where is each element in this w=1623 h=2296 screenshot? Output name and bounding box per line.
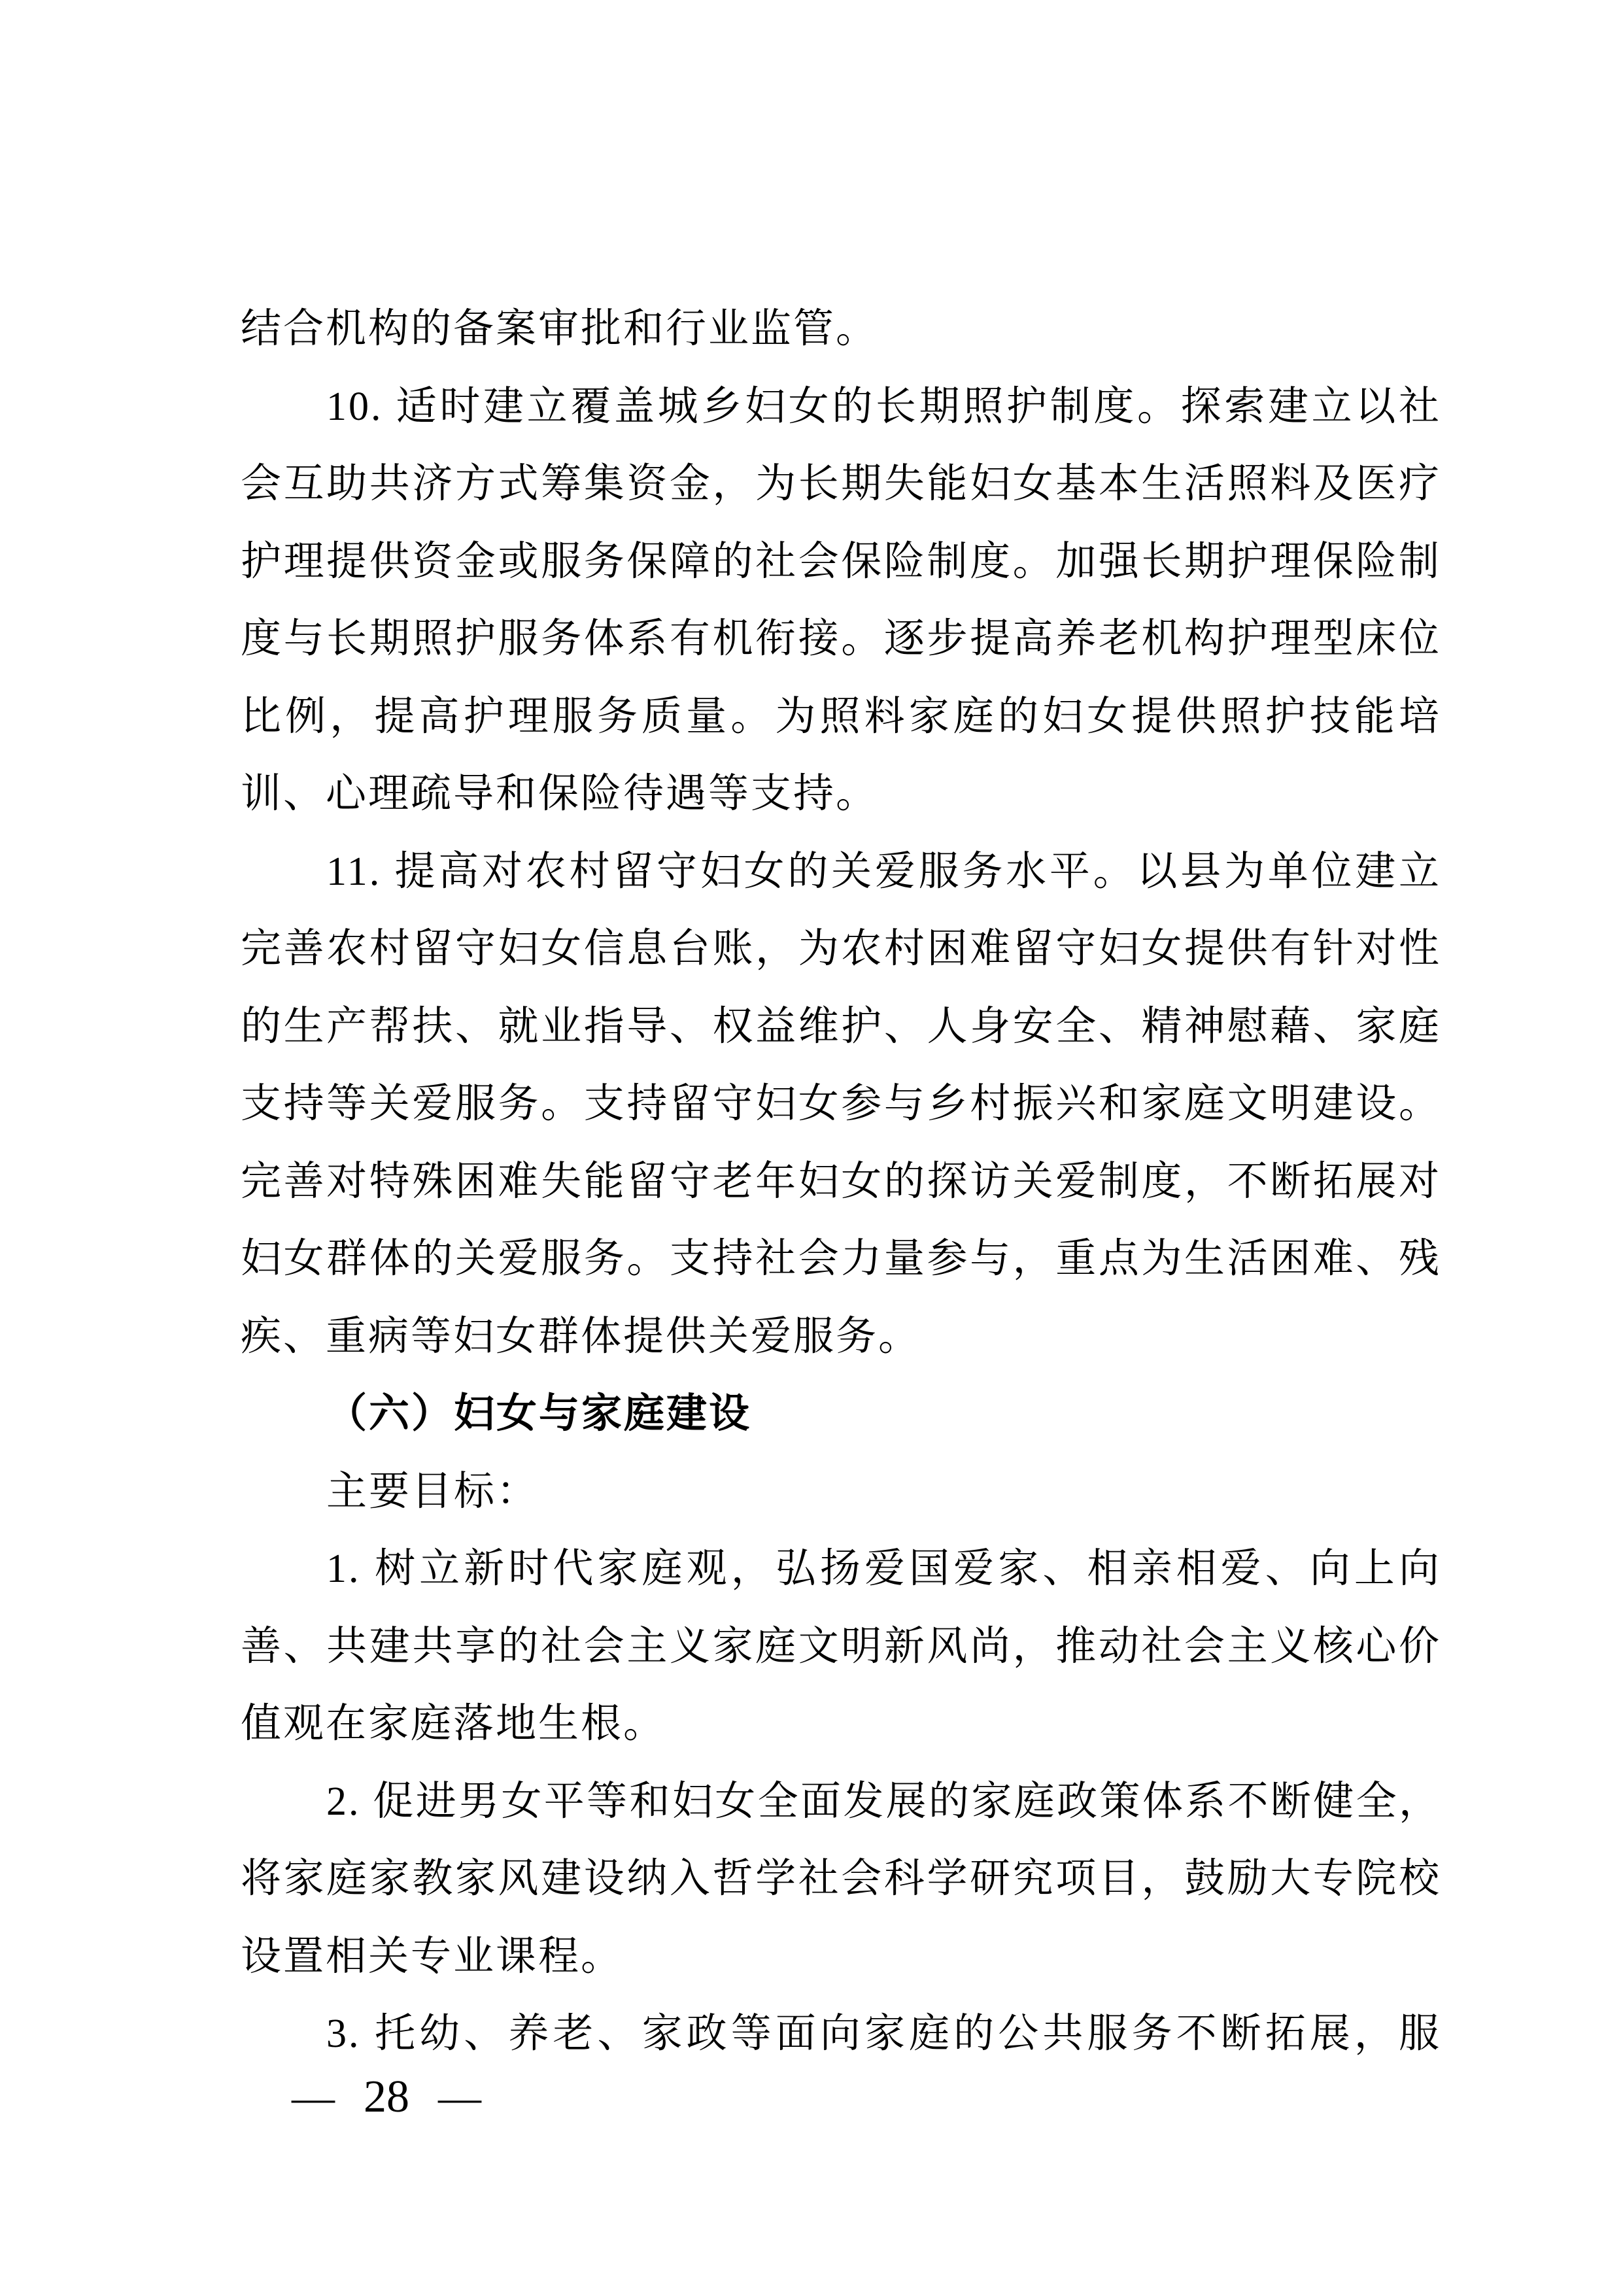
text-line: 设置相关专业课程。 [241, 1918, 1441, 1996]
text-line: 将家庭家教家风建设纳入哲学社会科学研究项目，鼓励大专院校 [241, 1840, 1441, 1918]
text-line: 会互助共济方式筹集资金，为长期失能妇女基本生活照料及医疗 [241, 445, 1441, 523]
document-page: 结合机构的备案审批和行业监管。10. 适时建立覆盖城乡妇女的长期照护制度。探索建… [0, 0, 1623, 2296]
text-line: 善、共建共享的社会主义家庭文明新风尚，推动社会主义核心价 [241, 1608, 1441, 1686]
text-line: 完善农村留守妇女信息台账，为农村困难留守妇女提供有针对性 [241, 910, 1441, 988]
text-line: 1. 树立新时代家庭观，弘扬爱国爱家、相亲相爱、向上向 [241, 1530, 1441, 1608]
text-line: 妇女群体的关爱服务。支持社会力量参与，重点为生活困难、残 [241, 1220, 1441, 1298]
text-line: 度与长期照护服务体系有机衔接。逐步提高养老机构护理型床位 [241, 600, 1441, 678]
text-line: 10. 适时建立覆盖城乡妇女的长期照护制度。探索建立以社 [241, 368, 1441, 446]
text-line: 的生产帮扶、就业指导、权益维护、人身安全、精神慰藉、家庭 [241, 988, 1441, 1066]
text-line: 值观在家庭落地生根。 [241, 1685, 1441, 1763]
section-heading: （六）妇女与家庭建设 [241, 1375, 1441, 1453]
document-body: 结合机构的备案审批和行业监管。10. 适时建立覆盖城乡妇女的长期照护制度。探索建… [241, 290, 1441, 2073]
text-line: 疾、重病等妇女群体提供关爱服务。 [241, 1298, 1441, 1376]
text-line: 训、心理疏导和保险待遇等支持。 [241, 755, 1441, 833]
text-line: 支持等关爱服务。支持留守妇女参与乡村振兴和家庭文明建设。 [241, 1065, 1441, 1143]
text-line: 3. 托幼、养老、家政等面向家庭的公共服务不断拓展，服 [241, 1995, 1441, 2073]
text-line: 结合机构的备案审批和行业监管。 [241, 290, 1441, 368]
text-line: 2. 促进男女平等和妇女全面发展的家庭政策体系不断健全， [241, 1763, 1441, 1841]
text-line: 11. 提高对农村留守妇女的关爱服务水平。以县为单位建立 [241, 833, 1441, 911]
text-line: 主要目标： [241, 1453, 1441, 1531]
text-line: 护理提供资金或服务保障的社会保险制度。加强长期护理保险制 [241, 523, 1441, 601]
page-number: 28 [364, 2074, 409, 2120]
page-footer: —28— [292, 2074, 481, 2121]
text-line: 完善对特殊困难失能留守老年妇女的探访关爱制度，不断拓展对 [241, 1143, 1441, 1221]
text-line: 比例，提高护理服务质量。为照料家庭的妇女提供照护技能培 [241, 678, 1441, 756]
footer-dash-left: — [292, 2075, 335, 2121]
footer-dash-right: — [438, 2075, 481, 2121]
